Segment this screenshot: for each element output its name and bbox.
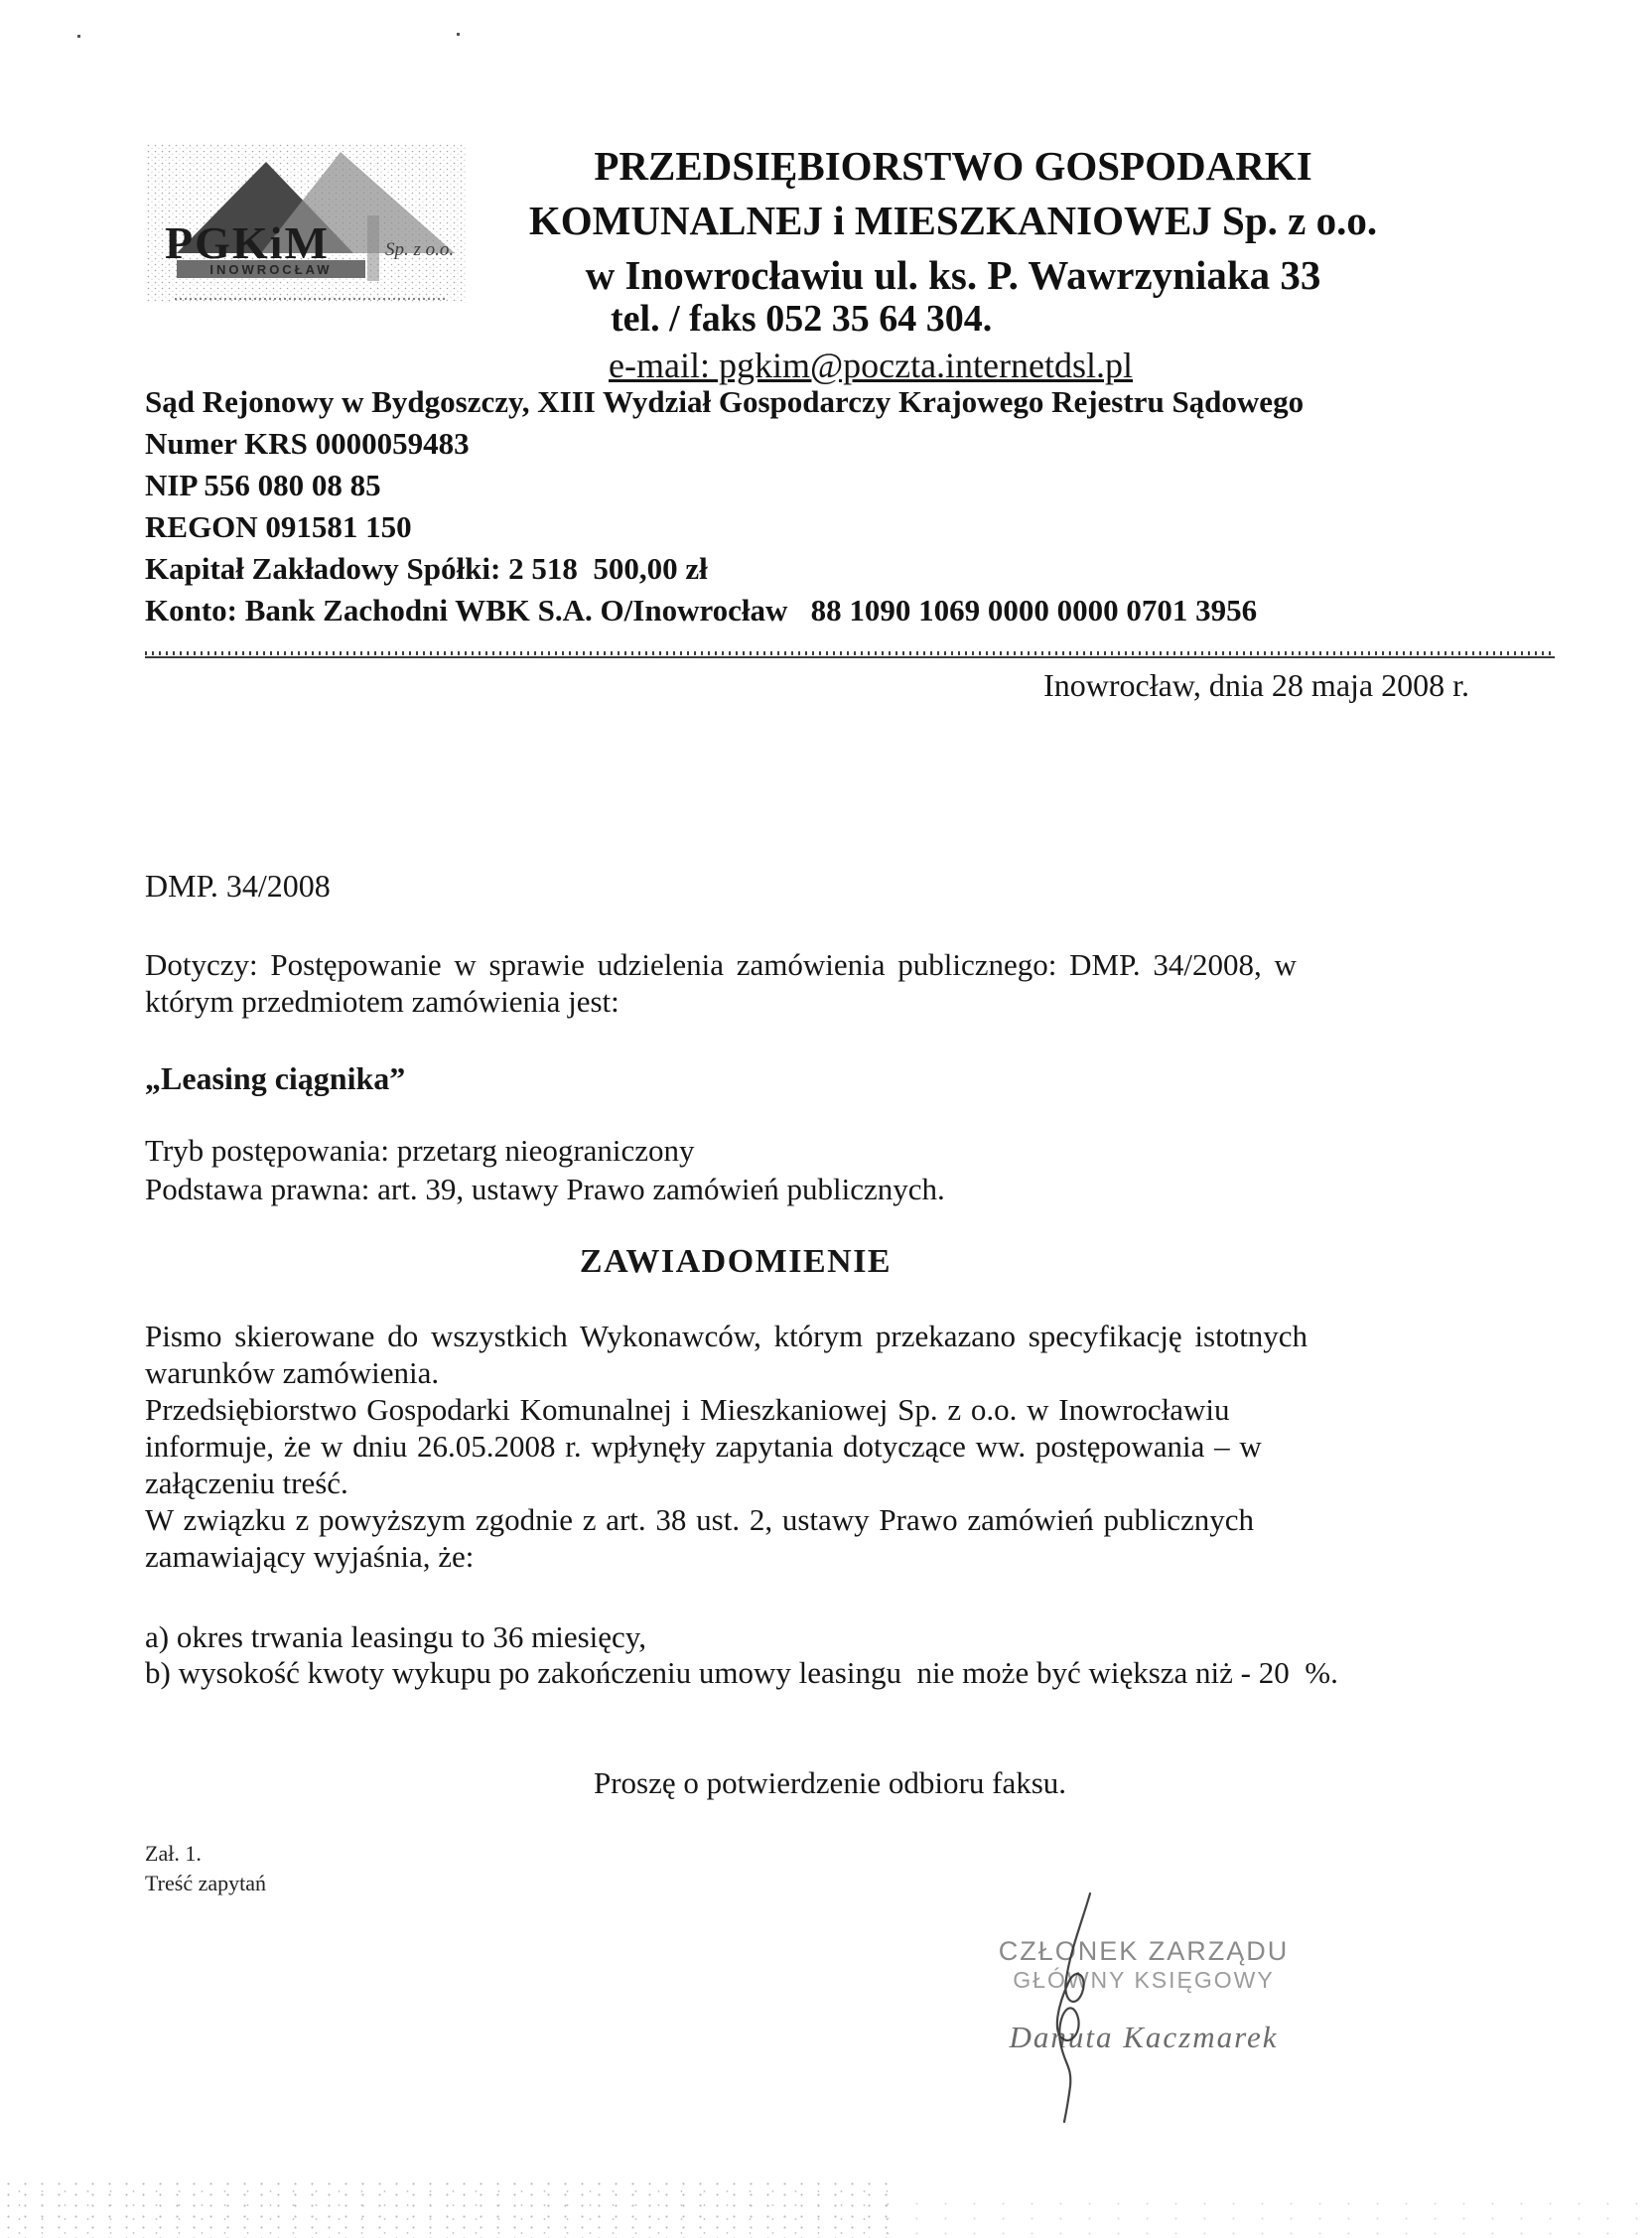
body-line: Przedsiębiorstwo Gospodarki Komunalnej i…	[145, 1391, 1480, 1428]
procedure-info: Tryb postępowania: przetarg nieograniczo…	[145, 1131, 1475, 1208]
logo-suffix: Sp. z o.o.	[385, 239, 454, 260]
registry-info: Sąd Rejonowy w Bydgoszczy, XIII Wydział …	[145, 381, 1535, 631]
body-line: informuje, że w dniu 26.05.2008 r. wpłyn…	[145, 1428, 1480, 1465]
phone-fax-line: tel. / faks 052 35 64 304.	[611, 297, 992, 341]
subject-line: Dotyczy: Postępowanie w sprawie udzielen…	[145, 946, 1475, 983]
scanned-letter-page: PGKiM Sp. z o.o. INOWROCŁAW PRZEDSIĘBIOR…	[0, 0, 1652, 2238]
signature-stroke	[1057, 1893, 1090, 2122]
notice-body: Pismo skierowane do wszystkich Wykonawcó…	[145, 1318, 1480, 1575]
separator-ticks	[145, 651, 1555, 655]
body-line: załączeniu treść.	[145, 1465, 1480, 1501]
subject-line: którym przedmiotem zamówienia jest:	[145, 983, 1475, 1020]
dotted-separator	[145, 651, 1555, 658]
company-logo: PGKiM Sp. z o.o. INOWROCŁAW	[147, 144, 467, 303]
closing-request: Proszę o potwierdzenie odbioru faksu.	[145, 1765, 1515, 1801]
body-line: W związku z powyższym zgodnie z art. 38 …	[145, 1501, 1480, 1538]
attachment-note: Zał. 1. Treść zapytań	[145, 1839, 266, 1898]
scan-noise	[874, 2196, 1652, 2238]
scan-noise	[0, 2178, 894, 2238]
notice-heading: ZAWIADOMIENIE	[145, 1243, 1326, 1281]
body-line: Pismo skierowane do wszystkich Wykonawcó…	[145, 1318, 1480, 1354]
handwritten-signature	[1032, 1891, 1152, 2125]
reference-number: DMP. 34/2008	[145, 868, 331, 905]
company-title: PRZEDSIĘBIORSTWO GOSPODARKI KOMUNALNEJ i…	[496, 139, 1410, 303]
subject-title: „Leasing ciągnika”	[145, 1060, 405, 1097]
logo-city: INOWROCŁAW	[209, 262, 332, 277]
dateline: Inowrocław, dnia 28 maja 2008 r.	[874, 667, 1469, 704]
clarification-items: a) okres trwania leasingu to 36 miesięcy…	[145, 1619, 1535, 1691]
subject-paragraph: Dotyczy: Postępowanie w sprawie udzielen…	[145, 946, 1475, 1020]
body-line: warunków zamówienia.	[145, 1354, 1480, 1391]
email-line: e-mail: pgkim@poczta.internetdsl.pl	[609, 345, 1133, 386]
scan-speck	[77, 35, 80, 38]
body-line: zamawiający wyjaśnia, że:	[145, 1538, 1480, 1575]
logo-divider-bar	[367, 215, 379, 281]
separator-rule	[145, 656, 1555, 658]
